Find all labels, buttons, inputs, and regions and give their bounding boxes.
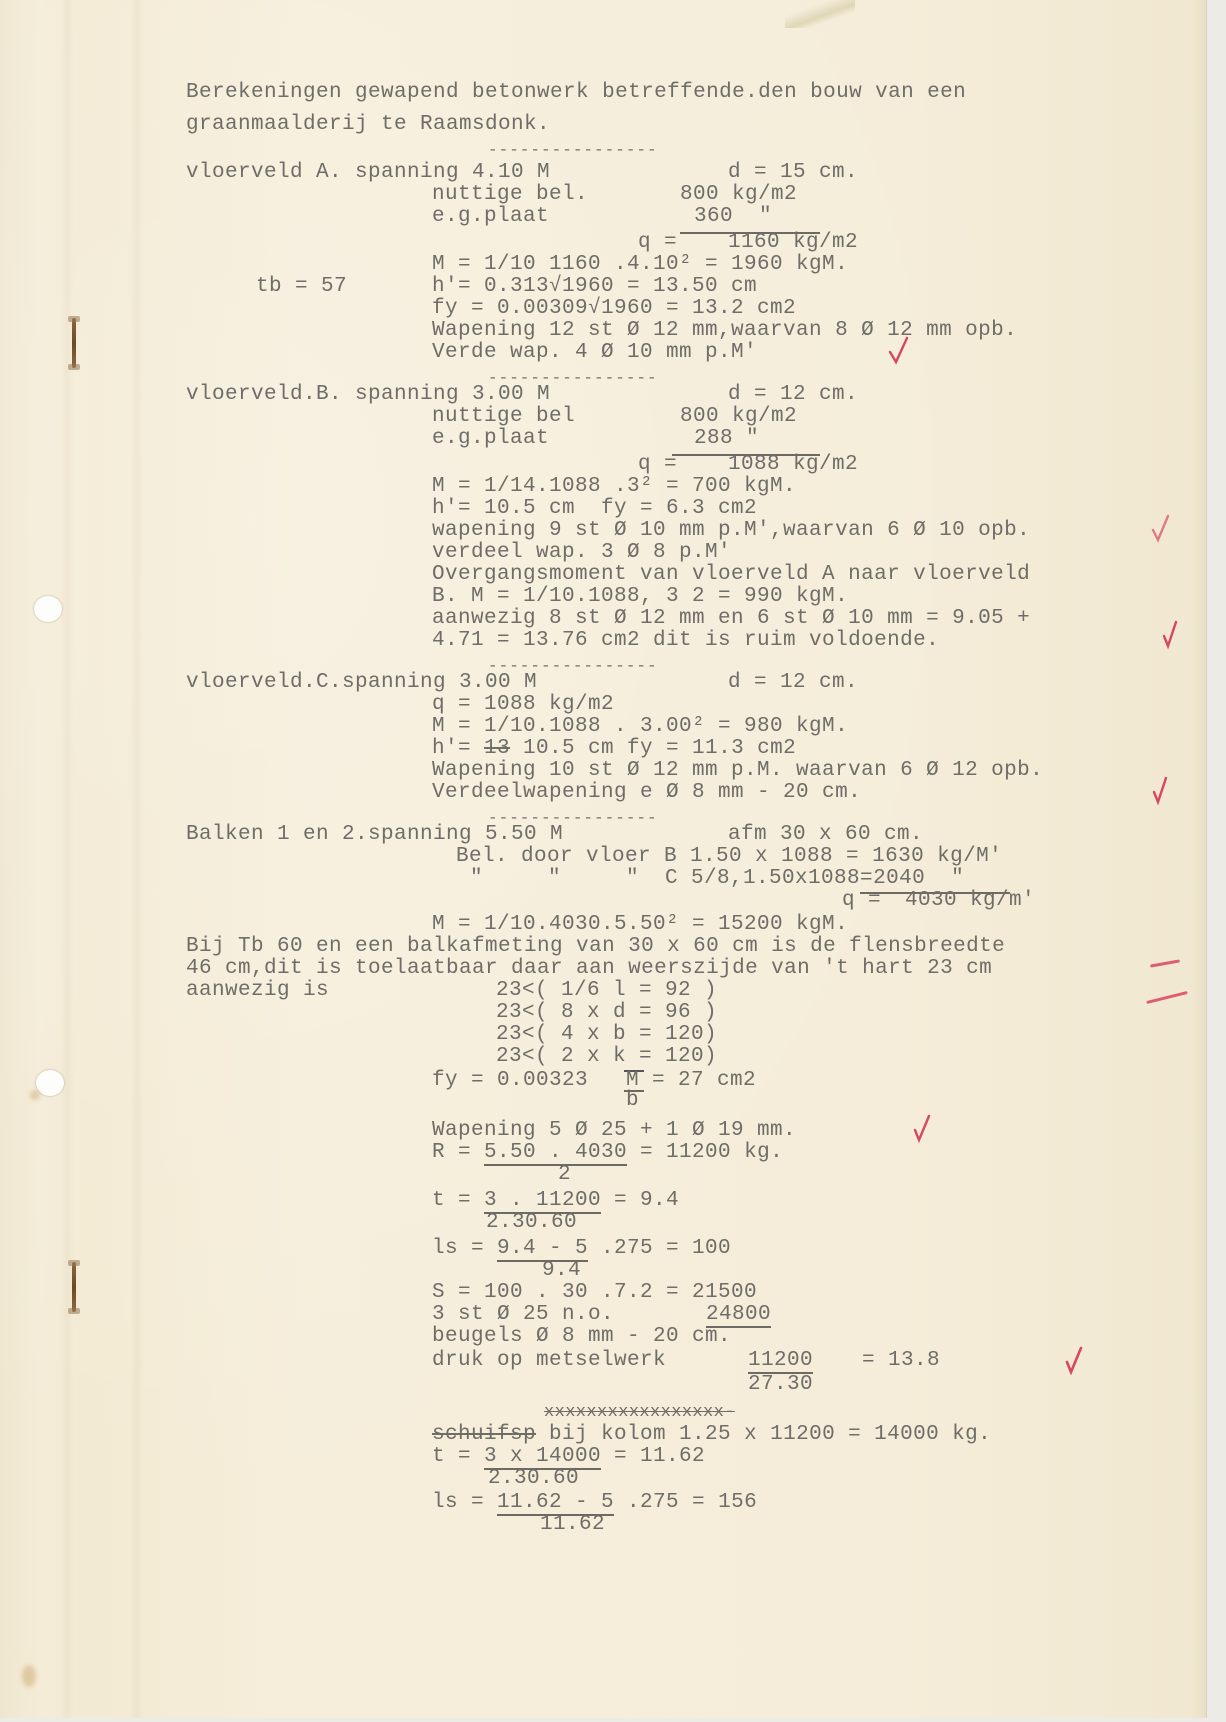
- section-b-row-label: nuttige bel: [432, 406, 575, 428]
- balken-q-value: 4030 kg/m′: [905, 890, 1035, 912]
- section-a-row-value: 800 kg/m2: [680, 184, 797, 206]
- section-b-verdeel: verdeel wap. 3 Ø 8 p.M′: [432, 542, 731, 564]
- balken-druk-label: druk op metselwerk: [432, 1350, 666, 1372]
- red-check-mark: [1160, 620, 1180, 648]
- staple-mark: [72, 1262, 76, 1312]
- section-b-aanwezig-1: aanwezig 8 st Ø 12 mm en 6 st Ø 10 mm = …: [432, 608, 1030, 630]
- section-a-moment: M = 1/10 1160 .4.10² = 1960 kgM.: [432, 254, 848, 276]
- punch-hole: [36, 1070, 64, 1096]
- schuifsp-ls: ls = 11.62 - 5 .275 = 156: [432, 1492, 757, 1514]
- section-b-q-label: q =: [638, 454, 677, 476]
- document-title-line-1: Berekeningen gewapend betonwerk betreffe…: [186, 82, 966, 104]
- section-c-verdeel: Verdeelwapening e Ø 8 mm - 20 cm.: [432, 782, 861, 804]
- ls-result: .275 = 156: [614, 1491, 757, 1514]
- section-b-wapening: wapening 9 st Ø 10 mm p.M′,waarvan 6 Ø 1…: [432, 520, 1030, 542]
- t-result: = 11.62: [601, 1445, 705, 1468]
- section-c-h-fy: h′= 13 10.5 cm fy = 11.3 cm2: [432, 738, 796, 760]
- section-a-row-label: nuttige bel.: [432, 184, 588, 206]
- balken-wapening: Wapening 5 Ø 25 + 1 Ø 19 mm.: [432, 1120, 796, 1142]
- schuifsp-t: t = 3 x 14000 = 11.62: [432, 1446, 705, 1468]
- t-prefix: t =: [432, 1445, 484, 1468]
- balken-afm: afm 30 x 60 cm.: [728, 824, 923, 846]
- balken-druk-den: 27.30: [748, 1374, 813, 1396]
- balken-moment: M = 1/10.4030.5.50² = 15200 kgM.: [432, 914, 848, 936]
- section-a-verdeel: Verde wap. 4 Ø 10 mm p.M′: [432, 342, 757, 364]
- section-b-h-fy: h′= 10.5 cm fy = 6.3 cm2: [432, 498, 757, 520]
- schuifsp-ls-den: 11.62: [540, 1514, 605, 1536]
- section-a-h: h′= 0.313√1960 = 13.50 cm: [432, 276, 757, 298]
- red-dash-mark: [1146, 991, 1187, 1004]
- section-b-aanwezig-2: 4.71 = 13.76 cm2 dit is ruim voldoende.: [432, 630, 939, 652]
- separator: ----------------: [488, 142, 658, 158]
- red-check-mark: [1150, 776, 1170, 804]
- balken-fy-result: = 27 cm2: [652, 1070, 756, 1092]
- balken-q-label: q =: [842, 890, 881, 912]
- balken-load-c: " " " C 5/8,1.50x1088=2040 ": [470, 868, 964, 890]
- h-prefix: h′=: [432, 737, 484, 760]
- R-result: = 11200 kg.: [627, 1141, 783, 1164]
- section-a-row-value: 360 ": [694, 206, 772, 228]
- staple-mark: [72, 318, 76, 368]
- section-c-q: q = 1088 kg/m2: [432, 694, 614, 716]
- section-c-heading: vloerveld.C.spanning 3.00 M: [186, 672, 537, 694]
- ls-prefix: ls =: [432, 1237, 497, 1260]
- paper-fold: [130, 0, 144, 1718]
- red-check-mark: [912, 1114, 932, 1142]
- section-b-thickness: d = 12 cm.: [728, 384, 858, 406]
- red-check-mark: [1064, 1346, 1084, 1374]
- balken-t-den: 2.30.60: [486, 1212, 577, 1234]
- section-c-moment: M = 1/10.1088 . 3.00² = 980 kgM.: [432, 716, 848, 738]
- section-a-wapening: Wapening 12 st Ø 12 mm,waarvan 8 Ø 12 mm…: [432, 320, 1017, 342]
- balken-load-b: Bel. door vloer B 1.50 x 1088 = 1630 kg/…: [456, 846, 1002, 868]
- ls-prefix: ls =: [432, 1491, 497, 1514]
- red-check-mark: [888, 336, 908, 364]
- balken-ls: ls = 9.4 - 5 .275 = 100: [432, 1238, 731, 1260]
- section-a-thickness: d = 15 cm.: [728, 162, 858, 184]
- balken-S: S = 100 . 30 .7.2 = 21500: [432, 1282, 757, 1304]
- balken-text-1: Bij Tb 60 en een balkafmeting van 30 x 6…: [186, 936, 1005, 958]
- section-b-heading: vloerveld.B. spanning 3.00 M: [186, 384, 550, 406]
- red-check-mark: [1150, 514, 1170, 542]
- balken-text-2: 46 cm,dit is toelaatbaar daar aan weersz…: [186, 958, 992, 980]
- section-b-row-value: 800 kg/m2: [680, 406, 797, 428]
- balken-text-3: aanwezig is: [186, 980, 329, 1002]
- rust-stain: [22, 1665, 36, 1687]
- section-a-q-value: 1160 kg/m2: [728, 232, 858, 254]
- section-a-heading: vloerveld A. spanning 4.10 M: [186, 162, 550, 184]
- schuifsp-text: bij kolom 1.25 x 11200 = 14000 kg.: [536, 1423, 991, 1446]
- balken-R-den: 2: [558, 1164, 571, 1186]
- rust-stain: [30, 1090, 40, 1100]
- section-b-moment: M = 1/14.1088 .3² = 700 kgM.: [432, 476, 796, 498]
- section-b-row-value: 288 ": [694, 428, 759, 450]
- balken-t: t = 3 . 11200 = 9.4: [432, 1190, 679, 1212]
- balken-check: 23<( 8 x d = 96 ): [496, 1002, 717, 1024]
- section-a-q-label: q =: [638, 232, 677, 254]
- R-prefix: R =: [432, 1141, 484, 1164]
- balken-beugels: beugels Ø 8 mm - 20 cm.: [432, 1326, 731, 1348]
- R-numerator: 5.50 . 4030: [484, 1141, 627, 1166]
- section-b-overgang-2: B. M = 1/10.1088, 3 2 = 990 kgM.: [432, 586, 848, 608]
- balken-check: 23<( 2 x k = 120): [496, 1046, 717, 1068]
- section-c-thickness: d = 12 cm.: [728, 672, 858, 694]
- balken-druk-result: = 13.8: [862, 1350, 940, 1372]
- section-c-wapening: Wapening 10 st Ø 12 mm p.M. waarvan 6 Ø …: [432, 760, 1043, 782]
- balken-check: 23<( 1/6 l = 92 ): [496, 980, 717, 1002]
- schuifsp-t-den: 2.30.60: [488, 1468, 579, 1490]
- t-result: = 9.4: [601, 1189, 679, 1212]
- section-a-tb: tb = 57: [256, 276, 347, 298]
- struck-rule: xxxxxxxxxxxxxxxxx-: [544, 1402, 735, 1424]
- balken-heading: Balken 1 en 2.spanning 5.50 M: [186, 824, 563, 846]
- section-b-overgang-1: Overgangsmoment van vloerveld A naar vlo…: [432, 564, 1030, 586]
- balken-fy-den: b: [626, 1090, 639, 1112]
- struck-text: schuifsp: [432, 1423, 536, 1446]
- balken-R: R = 5.50 . 4030 = 11200 kg.: [432, 1142, 783, 1164]
- h-fy-text: 10.5 cm fy = 11.3 cm2: [510, 737, 796, 760]
- balken-check: 23<( 4 x b = 120): [496, 1024, 717, 1046]
- punch-hole: [34, 596, 62, 622]
- paper-tear: [785, 0, 855, 28]
- t-prefix: t =: [432, 1189, 484, 1212]
- struck-text: 13: [484, 737, 510, 760]
- ls-result: .275 = 100: [588, 1237, 731, 1260]
- balken-ls-den: 9.4: [542, 1260, 581, 1282]
- balken-druk-num: 11200: [748, 1350, 813, 1374]
- balken-no-label: 3 st Ø 25 n.o.: [432, 1304, 614, 1326]
- balken-fy: fy = 0.00323: [432, 1070, 588, 1092]
- section-a-fy: fy = 0.00309√1960 = 13.2 cm2: [432, 298, 796, 320]
- section-b-row-label: e.g.plaat: [432, 428, 549, 450]
- section-a-row-label: e.g.plaat: [432, 206, 549, 228]
- paper-fold: [60, 0, 74, 1718]
- schuifsp-line: schuifsp bij kolom 1.25 x 11200 = 14000 …: [432, 1424, 991, 1446]
- document-page: Berekeningen gewapend betonwerk betreffe…: [0, 0, 1206, 1718]
- section-b-q-value: 1088 kg/m2: [728, 454, 858, 476]
- document-title-line-2: graanmaalderij te Raamsdonk.: [186, 114, 550, 136]
- red-dash-mark: [1150, 959, 1180, 967]
